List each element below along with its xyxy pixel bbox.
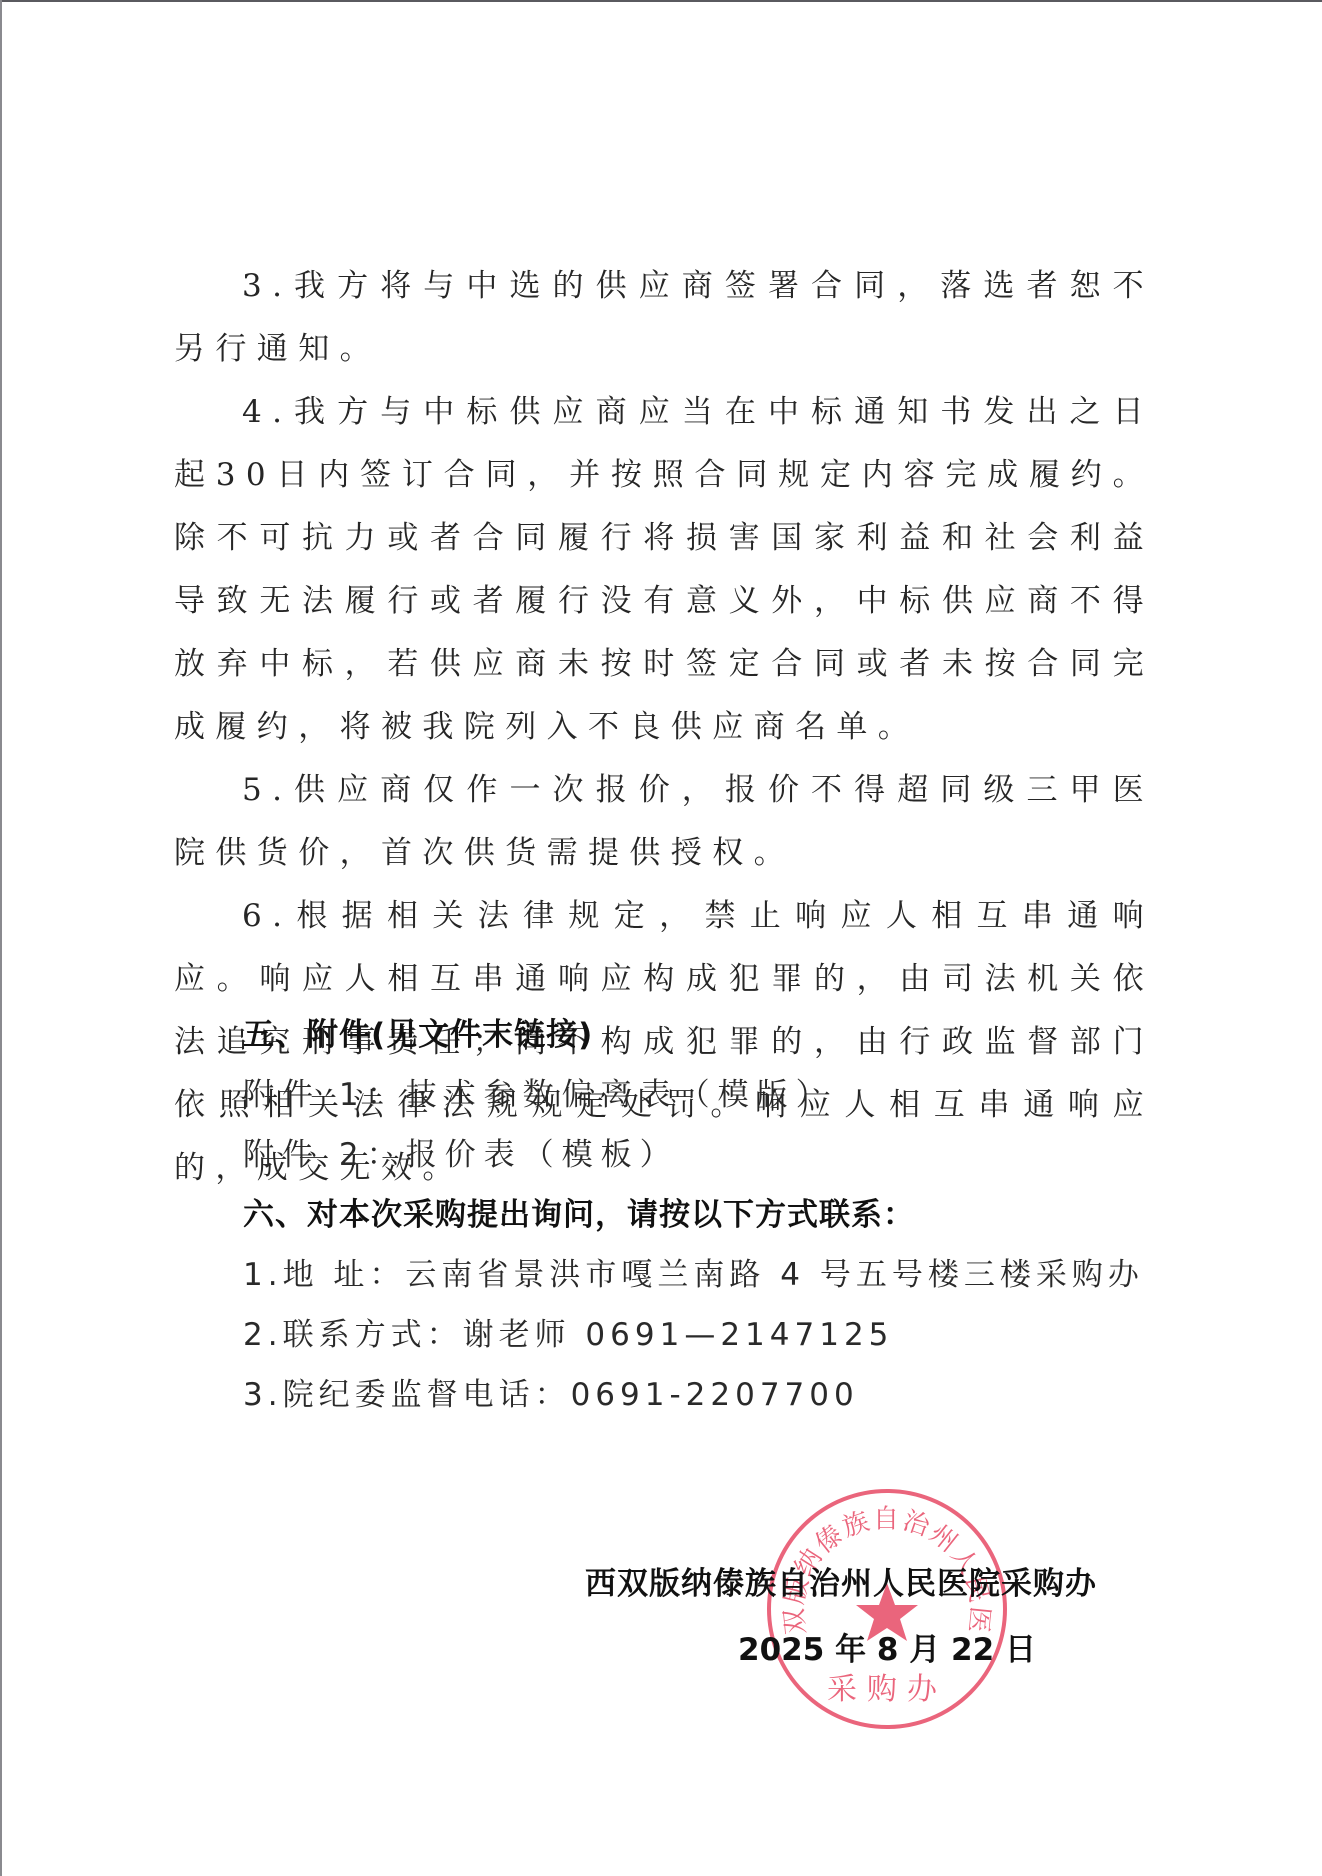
contact-phone: 2.联系方式：谢老师 0691—2147125 (243, 1305, 1163, 1365)
contact-address: 1.地 址：云南省景洪市嘎兰南路 4 号五号楼三楼采购办 (243, 1245, 1163, 1305)
paragraph-item-3: 3.我方将与中选的供应商签署合同，落选者恕不另行通知。 (174, 255, 1154, 381)
section-5-heading: 五、附件(见文件末链接) (243, 1005, 1163, 1065)
signature-organization: 西双版纳傣族自治州人民医院采购办 (585, 1562, 1160, 1606)
signature-block: 西双版纳傣族自治州人民医院采购办 2025 年 8 月 22 日 (585, 1562, 1160, 1672)
attachment-2-link: 附件 2：报价表（模板） (243, 1125, 1163, 1185)
paragraph-item-4: 4.我方与中标供应商应当在中标通知书发出之日起30日内签订合同，并按照合同规定内… (174, 381, 1154, 759)
signature-date: 2025 年 8 月 22 日 (738, 1628, 1160, 1672)
page-edge-left (0, 0, 2, 1876)
section-6-heading: 六、对本次采购提出询问，请按以下方式联系： (243, 1185, 1163, 1245)
paragraph-item-5: 5.供应商仅作一次报价，报价不得超同级三甲医院供货价，首次供货需提供授权。 (174, 759, 1154, 885)
svg-text:采购办: 采购办 (827, 1672, 947, 1707)
page-edge-top (0, 0, 1322, 2)
document-sections: 五、附件(见文件末链接) 附件 1：技术参数偏离表（模版） 附件 2：报价表（模… (243, 1005, 1163, 1425)
attachment-1-link: 附件 1：技术参数偏离表（模版） (243, 1065, 1163, 1125)
supervision-phone: 3.院纪委监督电话：0691-2207700 (243, 1365, 1163, 1425)
